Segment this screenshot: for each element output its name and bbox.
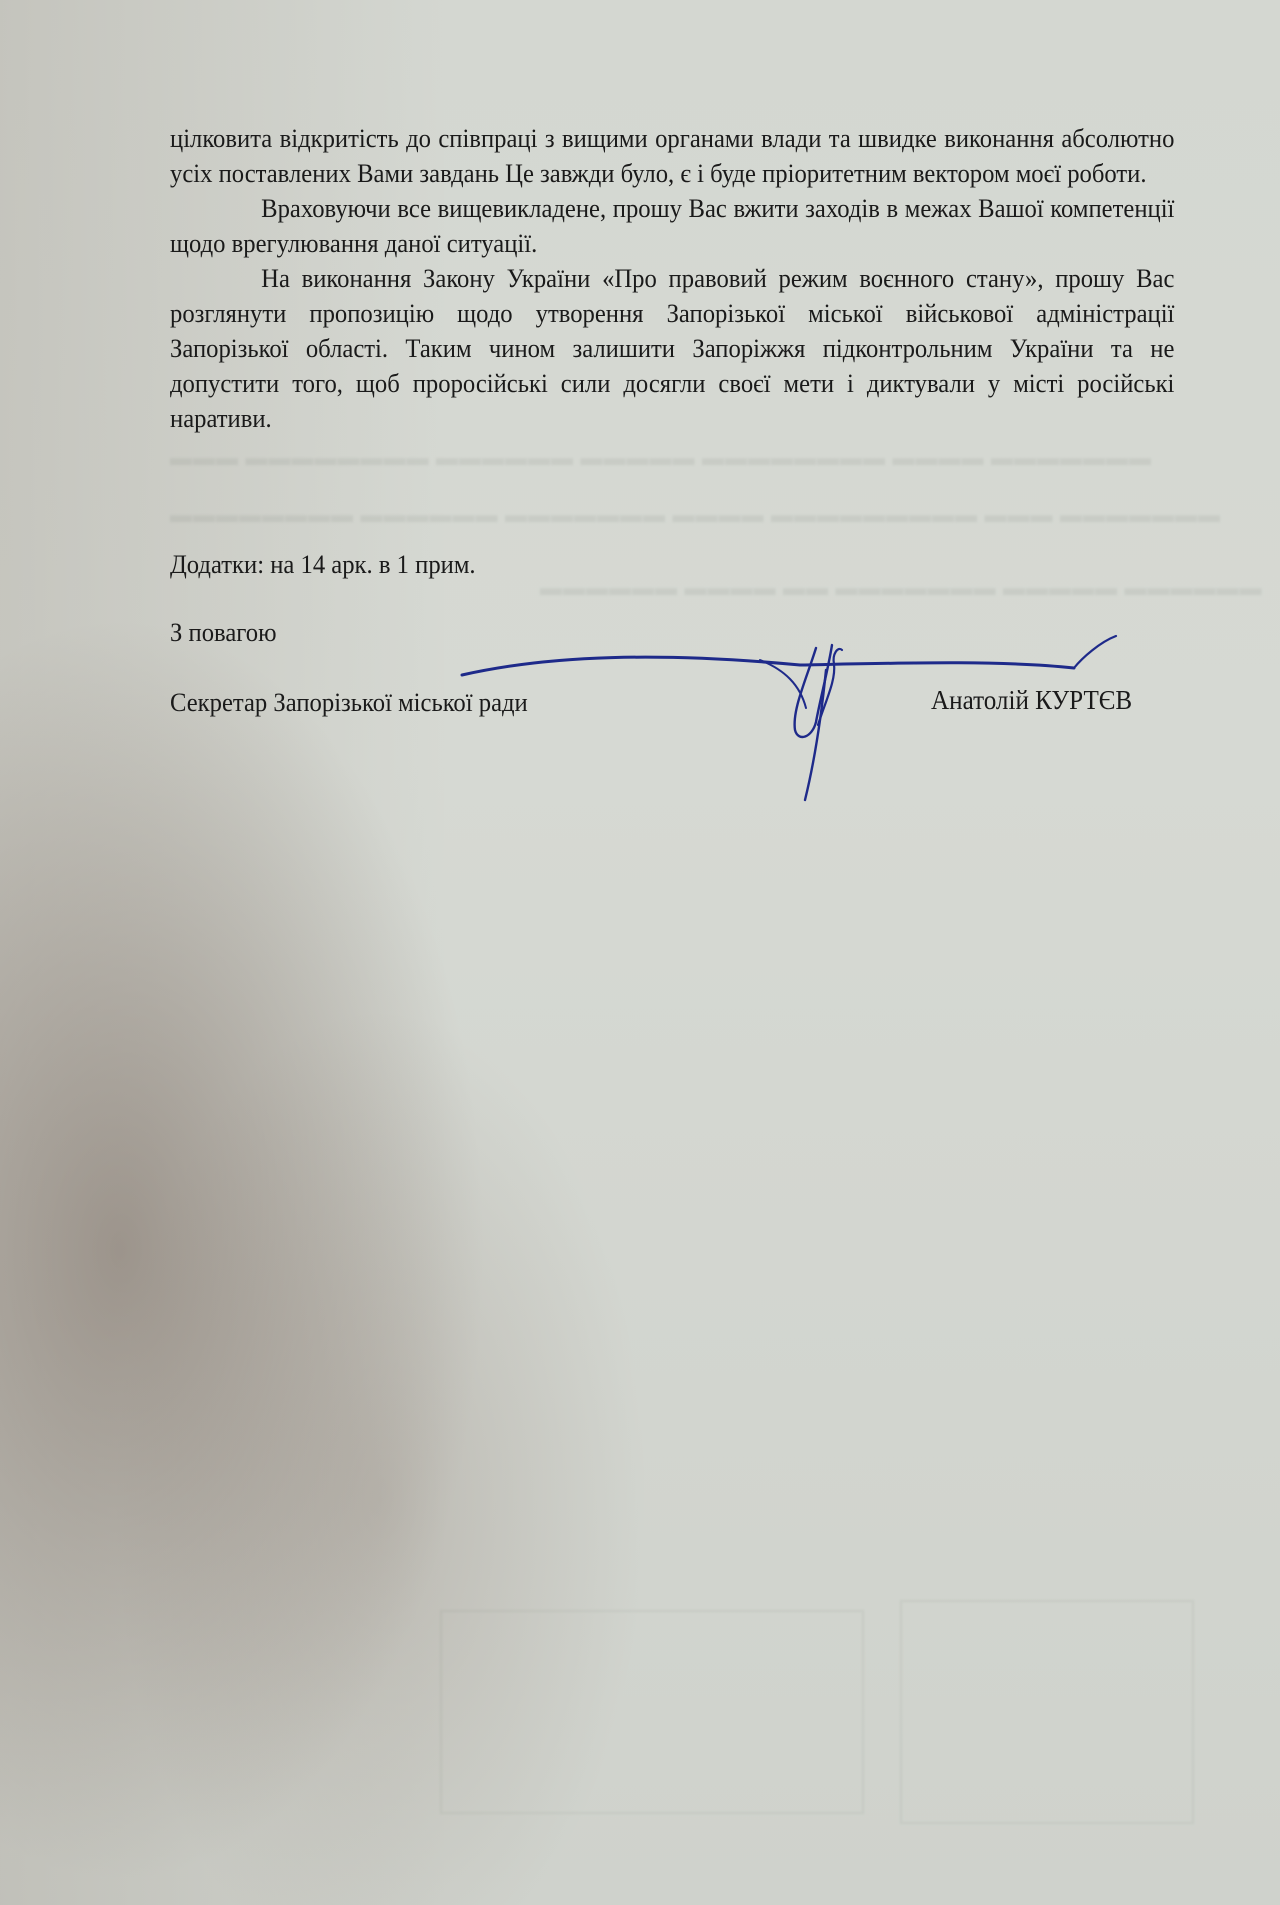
reverse-side-bleed-through: ▬▬▬▬▬▬ ▬▬▬▬ ▬▬ ▬▬▬▬▬▬▬ ▬▬▬▬▬ ▬▬▬▬▬▬ bbox=[540, 575, 1263, 601]
reverse-side-stamp-shape bbox=[900, 1600, 1194, 1824]
reverse-side-bleed-through: ▬▬▬▬▬▬▬▬ ▬▬▬▬▬▬ ▬▬▬▬▬▬▬ ▬▬▬▬ ▬▬▬▬▬▬▬▬▬ ▬… bbox=[170, 502, 1221, 528]
closing-salutation: З повагою bbox=[170, 615, 276, 650]
letter-body: цілковита відкритість до співпраці з вищ… bbox=[170, 121, 1174, 436]
body-paragraph: цілковита відкритість до співпраці з вищ… bbox=[170, 121, 1174, 191]
body-paragraph: На виконання Закону України «Про правови… bbox=[170, 261, 1174, 436]
attachments-note: Додатки: на 14 арк. в 1 прим. bbox=[170, 547, 476, 582]
signer-position: Секретар Запорізької міської ради bbox=[170, 685, 528, 720]
signer-name: Анатолій КУРТЄВ bbox=[931, 683, 1132, 718]
reverse-side-stamp-shape bbox=[440, 1610, 864, 1814]
reverse-side-bleed-through: ▬▬▬ ▬▬▬▬▬▬▬▬ ▬▬▬▬▬▬ ▬▬▬▬▬ ▬▬▬▬▬▬▬▬ ▬▬▬▬ … bbox=[170, 445, 1152, 471]
body-paragraph: Враховуючи все вищевикладене, прошу Вас … bbox=[170, 191, 1174, 261]
